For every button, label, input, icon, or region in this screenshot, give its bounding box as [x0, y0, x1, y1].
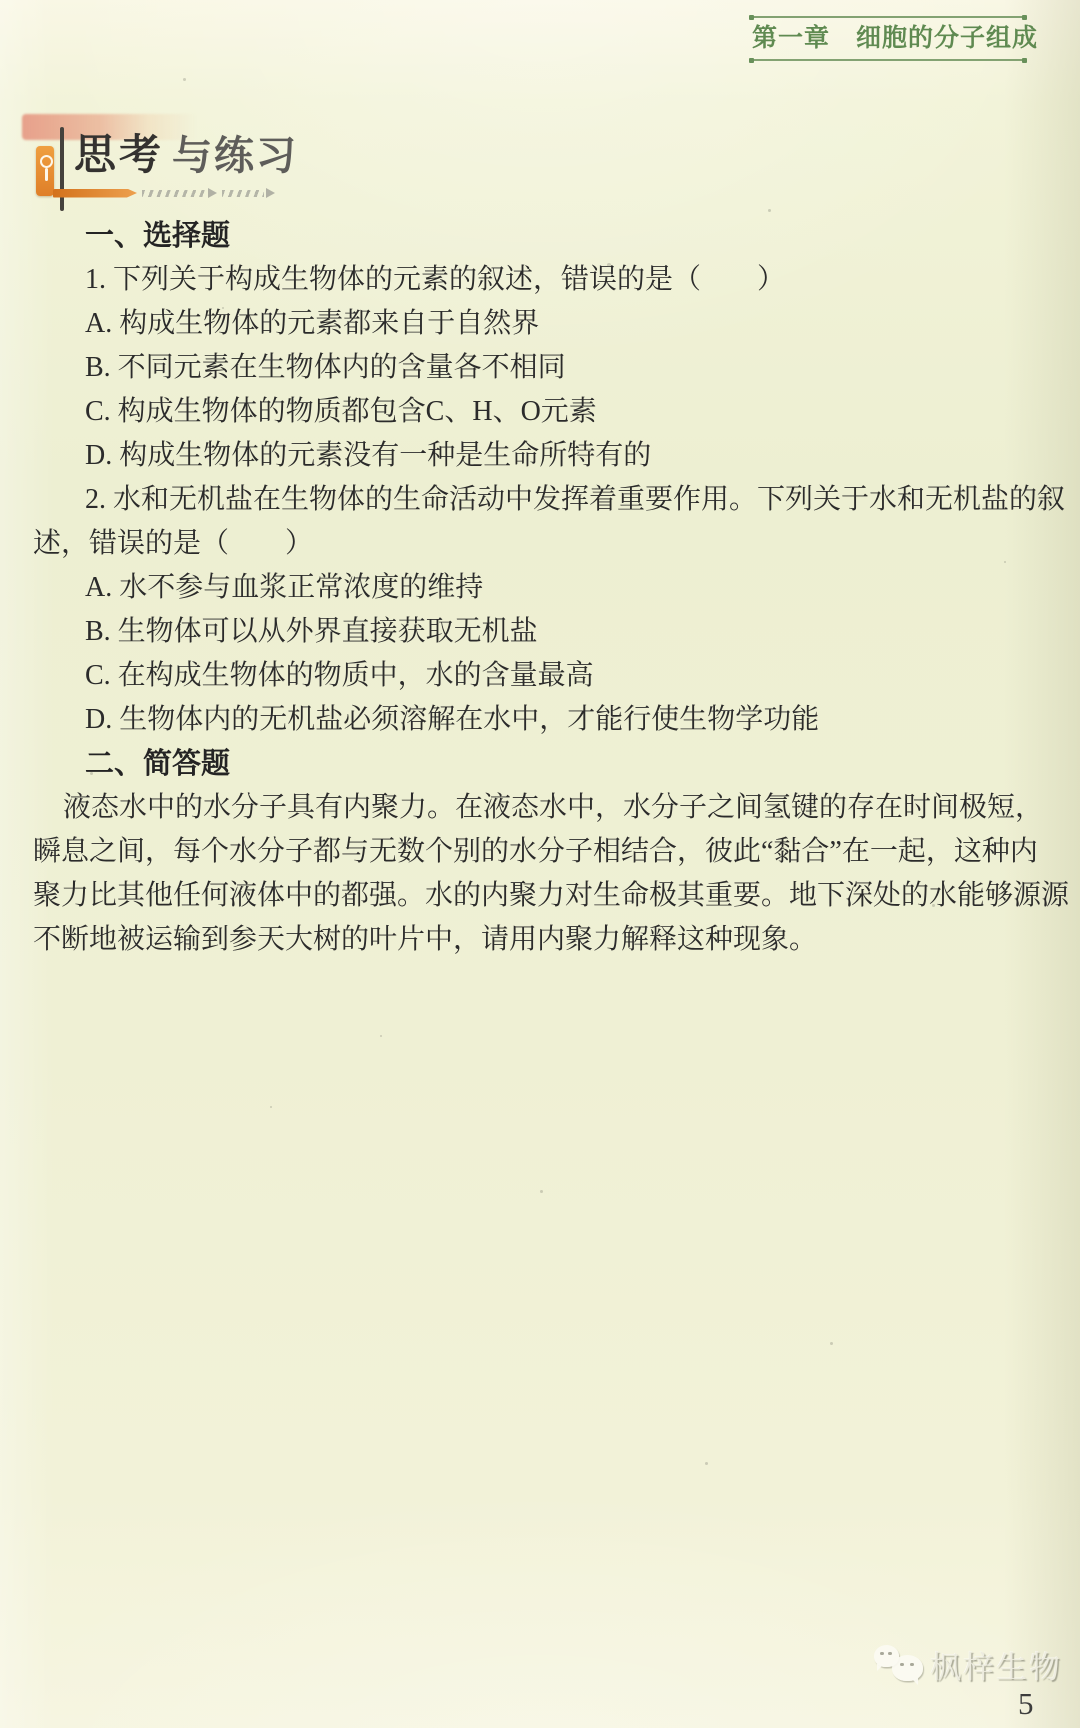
- chevron-dashes-icon: [142, 190, 206, 197]
- question-1-option-d: D. 构成生物体的元素没有一种是生命所特有的: [33, 434, 1047, 478]
- title-divider-line: [60, 127, 64, 211]
- chapter-header: 第一章 细胞的分子组成: [752, 16, 1024, 61]
- bubble-eye-icon: [900, 1663, 904, 1667]
- dust-speck: [222, 307, 224, 309]
- dust-speck: [90, 772, 93, 775]
- textbook-page: 第一章 细胞的分子组成 思考与练习 一、选择题 1. 下列关于构成生物体的元素的…: [0, 0, 1080, 1728]
- question-1-option-c: C. 构成生物体的物质都包含C、H、O元素: [33, 390, 1047, 434]
- dust-speck: [607, 263, 611, 267]
- header-rule-top: [752, 16, 1024, 18]
- question-2-stem-line-2: 述，错误的是（ ）: [33, 522, 1047, 566]
- watermark: 枫梓生物: [872, 1642, 1062, 1687]
- dust-speck: [540, 1190, 543, 1193]
- question-2-stem-line-1: 2. 水和无机盐在生物体的生命活动中发挥着重要作用。下列关于水和无机盐的叙: [33, 478, 1047, 522]
- dust-speck: [380, 1035, 382, 1037]
- question-2-option-b: B. 生物体可以从外界直接获取无机盐: [33, 610, 1047, 654]
- question-2-option-d: D. 生物体内的无机盐必须溶解在水中，才能行使生物学功能: [33, 698, 1047, 742]
- dust-speck: [830, 1342, 833, 1345]
- exercise-content: 一、选择题 1. 下列关于构成生物体的元素的叙述，错误的是（ ） A. 构成生物…: [33, 214, 1047, 962]
- question-1-stem: 1. 下列关于构成生物体的元素的叙述，错误的是（ ）: [33, 258, 1047, 302]
- rule-dot-icon: [749, 58, 754, 63]
- chevron-arrow-icon: [208, 188, 217, 198]
- question-1-option-a: A. 构成生物体的元素都来自于自然界: [33, 302, 1047, 346]
- rule-dot-icon: [749, 15, 754, 20]
- orange-arrow-bar: [53, 189, 137, 198]
- wechat-icon: [872, 1643, 924, 1687]
- question-2-option-c: C. 在构成生物体的物质中，水的含量最高: [33, 654, 1047, 698]
- header-rule-bottom: [752, 59, 1024, 61]
- page-number: 5: [1018, 1686, 1034, 1722]
- heading-multiple-choice: 一、选择题: [33, 214, 1047, 258]
- question-2-option-a: A. 水不参与血浆正常浓度的维持: [33, 566, 1047, 610]
- chapter-title: 第一章 细胞的分子组成: [752, 24, 1024, 52]
- dust-speck: [932, 904, 935, 907]
- section-title-main: 思考: [74, 131, 164, 178]
- dust-speck: [183, 78, 186, 81]
- dust-speck: [768, 209, 771, 212]
- section-title-suffix: 与练习: [172, 134, 298, 178]
- section-title: 思考与练习: [74, 134, 298, 176]
- bubble-eye-icon: [880, 1652, 884, 1656]
- bubble-eye-icon: [888, 1652, 892, 1656]
- bookmark-tag: [36, 146, 54, 196]
- title-underline: [53, 188, 275, 198]
- rule-dot-icon: [1022, 15, 1027, 20]
- question-1-option-b: B. 不同元素在生物体内的含量各不相同: [33, 346, 1047, 390]
- watermark-text: 枫梓生物: [930, 1642, 1062, 1687]
- rule-dot-icon: [1022, 58, 1027, 63]
- short-answer-paragraph-line-1: 液态水中的水分子具有内聚力。在液态水中，水分子之间氢键的存在时间极短，: [33, 786, 1047, 830]
- dust-speck: [1004, 561, 1006, 563]
- pin-icon: [40, 155, 53, 168]
- chevron-arrow-icon: [266, 188, 275, 198]
- short-answer-paragraph-line-2: 瞬息之间，每个水分子都与无数个别的水分子相结合，彼此“黏合”在一起，这种内: [33, 830, 1047, 874]
- bubble-eye-icon: [910, 1663, 914, 1667]
- dust-speck: [270, 1106, 272, 1108]
- dust-speck: [705, 1462, 708, 1465]
- chat-bubble-icon: [892, 1655, 923, 1681]
- short-answer-paragraph-line-3: 聚力比其他任何液体中的都强。水的内聚力对生命极其重要。地下深处的水能够源源: [33, 874, 1047, 918]
- short-answer-paragraph-line-4: 不断地被运输到参天大树的叶片中，请用内聚力解释这种现象。: [33, 918, 1047, 962]
- heading-short-answer: 二、简答题: [33, 742, 1047, 786]
- chevron-dashes-icon: [222, 190, 264, 197]
